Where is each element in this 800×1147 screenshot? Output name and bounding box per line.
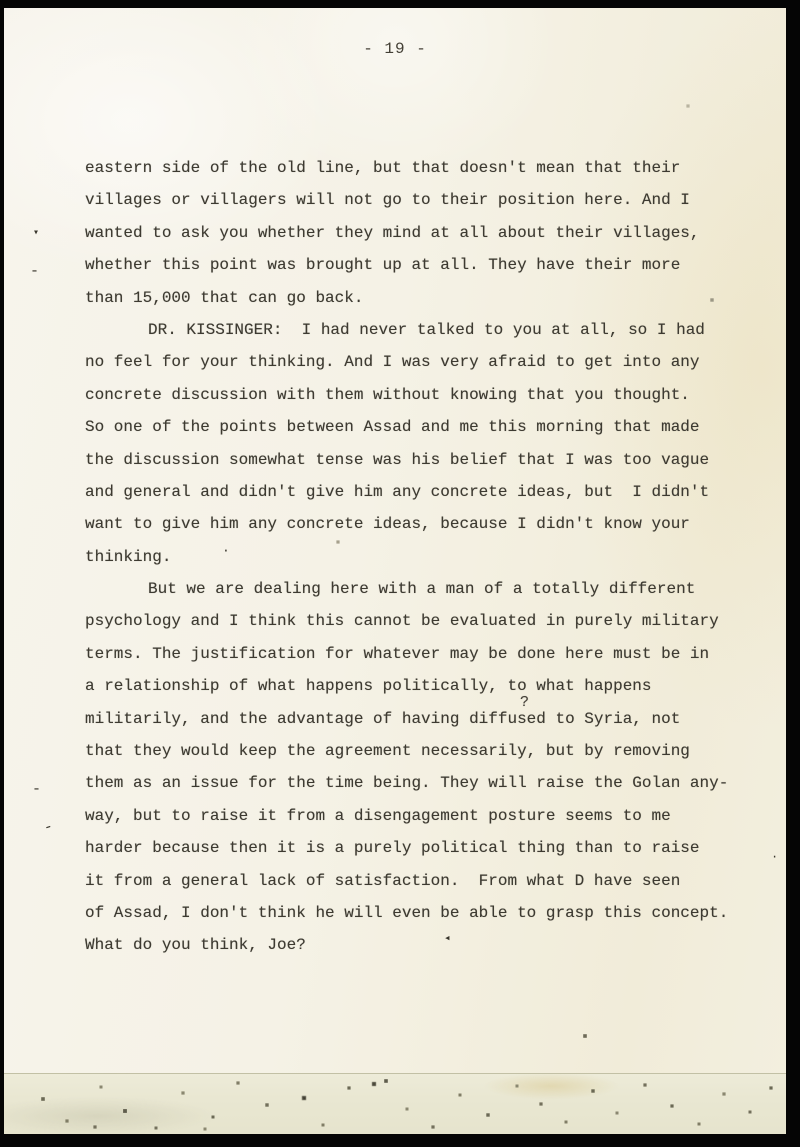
scan-noise-speckles (4, 8, 6, 10)
stray-mark: · (222, 544, 230, 557)
stray-mark: ▾ (33, 229, 39, 239)
typed-line: But we are dealing here with a man of a … (85, 573, 745, 605)
typed-line: a relationship of what happens political… (85, 670, 745, 702)
typed-line: concrete discussion with them without kn… (85, 379, 745, 411)
typed-line: wanted to ask you whether they mind at a… (85, 217, 745, 249)
typed-line: than 15,000 that can go back. (85, 282, 745, 314)
scanned-page: - 19 - eastern side of the old line, but… (4, 8, 786, 1133)
stray-mark: - (42, 819, 55, 836)
page-number: - 19 - (4, 40, 786, 58)
stray-mark: · (771, 851, 778, 863)
typed-line: them as an issue for the time being. The… (85, 767, 745, 799)
typed-line: What do you think, Joe? (85, 929, 745, 961)
bottom-scan-band (4, 1073, 786, 1134)
typed-line: DR. KISSINGER: I had never talked to you… (85, 314, 745, 346)
typed-line: of Assad, I don't think he will even be … (85, 897, 745, 929)
typed-line: no feel for your thinking. And I was ver… (85, 346, 745, 378)
scanned-document-screenshot: { "page": { "number_label": "- 19 -" }, … (0, 0, 800, 1147)
typed-line: harder because then it is a purely polit… (85, 832, 745, 864)
typed-line: villages or villagers will not go to the… (85, 184, 745, 216)
typed-line: that they would keep the agreement neces… (85, 735, 745, 767)
typed-line: thinking. (85, 541, 745, 573)
typed-line: terms. The justification for whatever ma… (85, 638, 745, 670)
stray-mark: - (30, 264, 39, 279)
typed-line: militarily, and the advantage of having … (85, 703, 745, 735)
question-mark-annotation: ? (520, 694, 529, 711)
typed-line: way, but to raise it from a disengagemen… (85, 800, 745, 832)
typed-line: and general and didn't give him any conc… (85, 476, 745, 508)
stray-mark: - (32, 782, 41, 797)
typed-line: psychology and I think this cannot be ev… (85, 605, 745, 637)
typed-line: whether this point was brought up at all… (85, 249, 745, 281)
typed-line: So one of the points between Assad and m… (85, 411, 745, 443)
typed-line: it from a general lack of satisfaction. … (85, 865, 745, 897)
typed-text-block: eastern side of the old line, but that d… (85, 152, 745, 962)
typed-line: want to give him any concrete ideas, bec… (85, 508, 745, 540)
typed-line: the discussion somewhat tense was his be… (85, 444, 745, 476)
stray-mark: ◂ (444, 934, 451, 945)
typed-line: eastern side of the old line, but that d… (85, 152, 745, 184)
